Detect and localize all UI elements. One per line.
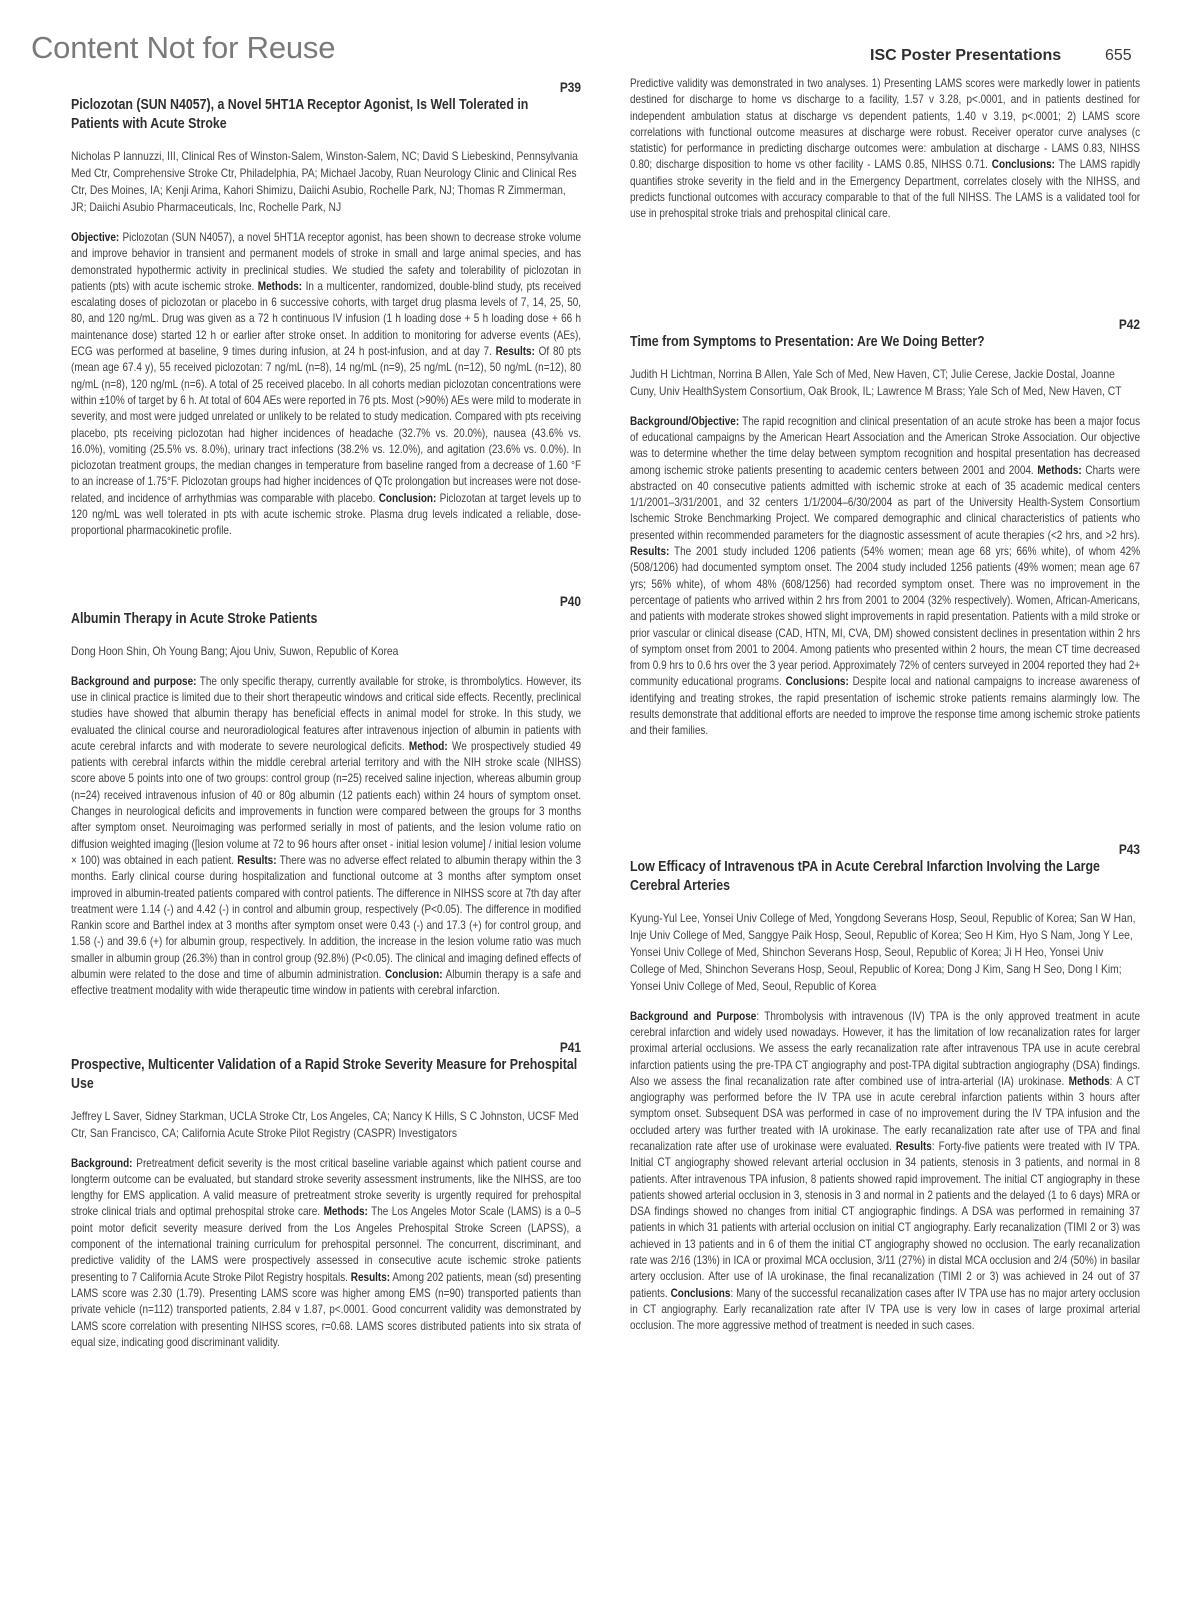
abstract-title: Low Efficacy of Intravenous tPA in Acute…: [630, 858, 1139, 896]
abstract-body: Background and purpose: The only specifi…: [71, 674, 581, 1000]
abstract-authors: Kyung-Yul Lee, Yonsei Univ College of Me…: [630, 910, 1139, 995]
section-label: Methods:: [1037, 464, 1081, 477]
left-column: P39 Piclozotan (SUN N4057), a Novel 5HT1…: [71, 78, 581, 1351]
section-label: Results:: [351, 1271, 390, 1284]
abstract-title: Albumin Therapy in Acute Stroke Patients: [71, 610, 580, 629]
abstract-number: P43: [707, 840, 1141, 858]
abstract-p43: P43 Low Efficacy of Intravenous tPA in A…: [630, 840, 1140, 1335]
abstract-title: Prospective, Multicenter Validation of a…: [71, 1056, 580, 1094]
abstract-number: P39: [148, 78, 582, 96]
section-label: Methods:: [324, 1205, 368, 1218]
section-label: Conclusions:: [992, 158, 1055, 171]
section-label: Results: [896, 1140, 932, 1153]
section-label: Background and purpose:: [71, 675, 196, 688]
abstract-authors: Judith H Lichtman, Norrina B Allen, Yale…: [630, 366, 1139, 400]
section-label: Method:: [409, 740, 448, 753]
abstract-p42: P42 Time from Symptoms to Presentation: …: [630, 315, 1140, 740]
right-column: Predictive validity was demonstrated in …: [630, 76, 1140, 1335]
abstract-number: P42: [707, 315, 1141, 333]
abstract-p39: P39 Piclozotan (SUN N4057), a Novel 5HT1…: [71, 78, 581, 540]
section-label: Results:: [630, 545, 669, 558]
section-label: Conclusion:: [385, 968, 443, 981]
page-number: 655: [1105, 47, 1132, 65]
section-label: Conclusion:: [379, 492, 437, 505]
section-label: Conclusions: [671, 1287, 731, 1300]
running-head: ISC Poster Presentations: [870, 47, 1061, 65]
section-text: We prospectively studied 49 patients wit…: [71, 740, 581, 867]
abstract-body: Background/Objective: The rapid recognit…: [630, 414, 1140, 740]
section-label: Methods: [1069, 1075, 1110, 1088]
section-text: There was no adverse effect related to a…: [71, 854, 581, 981]
abstract-body: Background and Purpose: Thrombolysis wit…: [630, 1009, 1140, 1335]
abstract-number: P41: [148, 1038, 582, 1056]
section-label: Background and Purpose: [630, 1010, 756, 1023]
abstract-authors: Nicholas P Iannuzzi, III, Clinical Res o…: [71, 148, 580, 216]
abstract-body: Objective: Piclozotan (SUN N4057), a nov…: [71, 230, 581, 540]
abstract-authors: Jeffrey L Saver, Sidney Starkman, UCLA S…: [71, 1108, 580, 1142]
abstract-body-continued: Predictive validity was demonstrated in …: [630, 76, 1140, 223]
section-label: Background:: [71, 1157, 132, 1170]
abstract-body: Background: Pretreatment deficit severit…: [71, 1156, 581, 1352]
section-text: Of 80 pts (mean age 67.4 y), 55 received…: [71, 345, 581, 505]
section-label: Objective:: [71, 231, 119, 244]
section-label: Methods:: [258, 280, 302, 293]
abstract-title: Time from Symptoms to Presentation: Are …: [630, 333, 1139, 352]
section-label: Conclusions:: [786, 675, 849, 688]
section-text: : Forty-five patients were treated with …: [630, 1140, 1140, 1300]
section-label: Results:: [496, 345, 535, 358]
abstract-p41-continued: Predictive validity was demonstrated in …: [630, 76, 1140, 223]
section-text: The 2001 study included 1206 patients (5…: [630, 545, 1140, 688]
abstract-number: P40: [148, 592, 582, 610]
abstract-title: Piclozotan (SUN N4057), a Novel 5HT1A Re…: [71, 96, 580, 134]
watermark: Content Not for Reuse: [31, 30, 335, 66]
section-label: Results:: [237, 854, 276, 867]
abstract-p41: P41 Prospective, Multicenter Validation …: [71, 1038, 581, 1352]
abstract-p40: P40 Albumin Therapy in Acute Stroke Pati…: [71, 592, 581, 1000]
section-label: Background/Objective:: [630, 415, 739, 428]
abstract-authors: Dong Hoon Shin, Oh Young Bang; Ajou Univ…: [71, 643, 580, 660]
